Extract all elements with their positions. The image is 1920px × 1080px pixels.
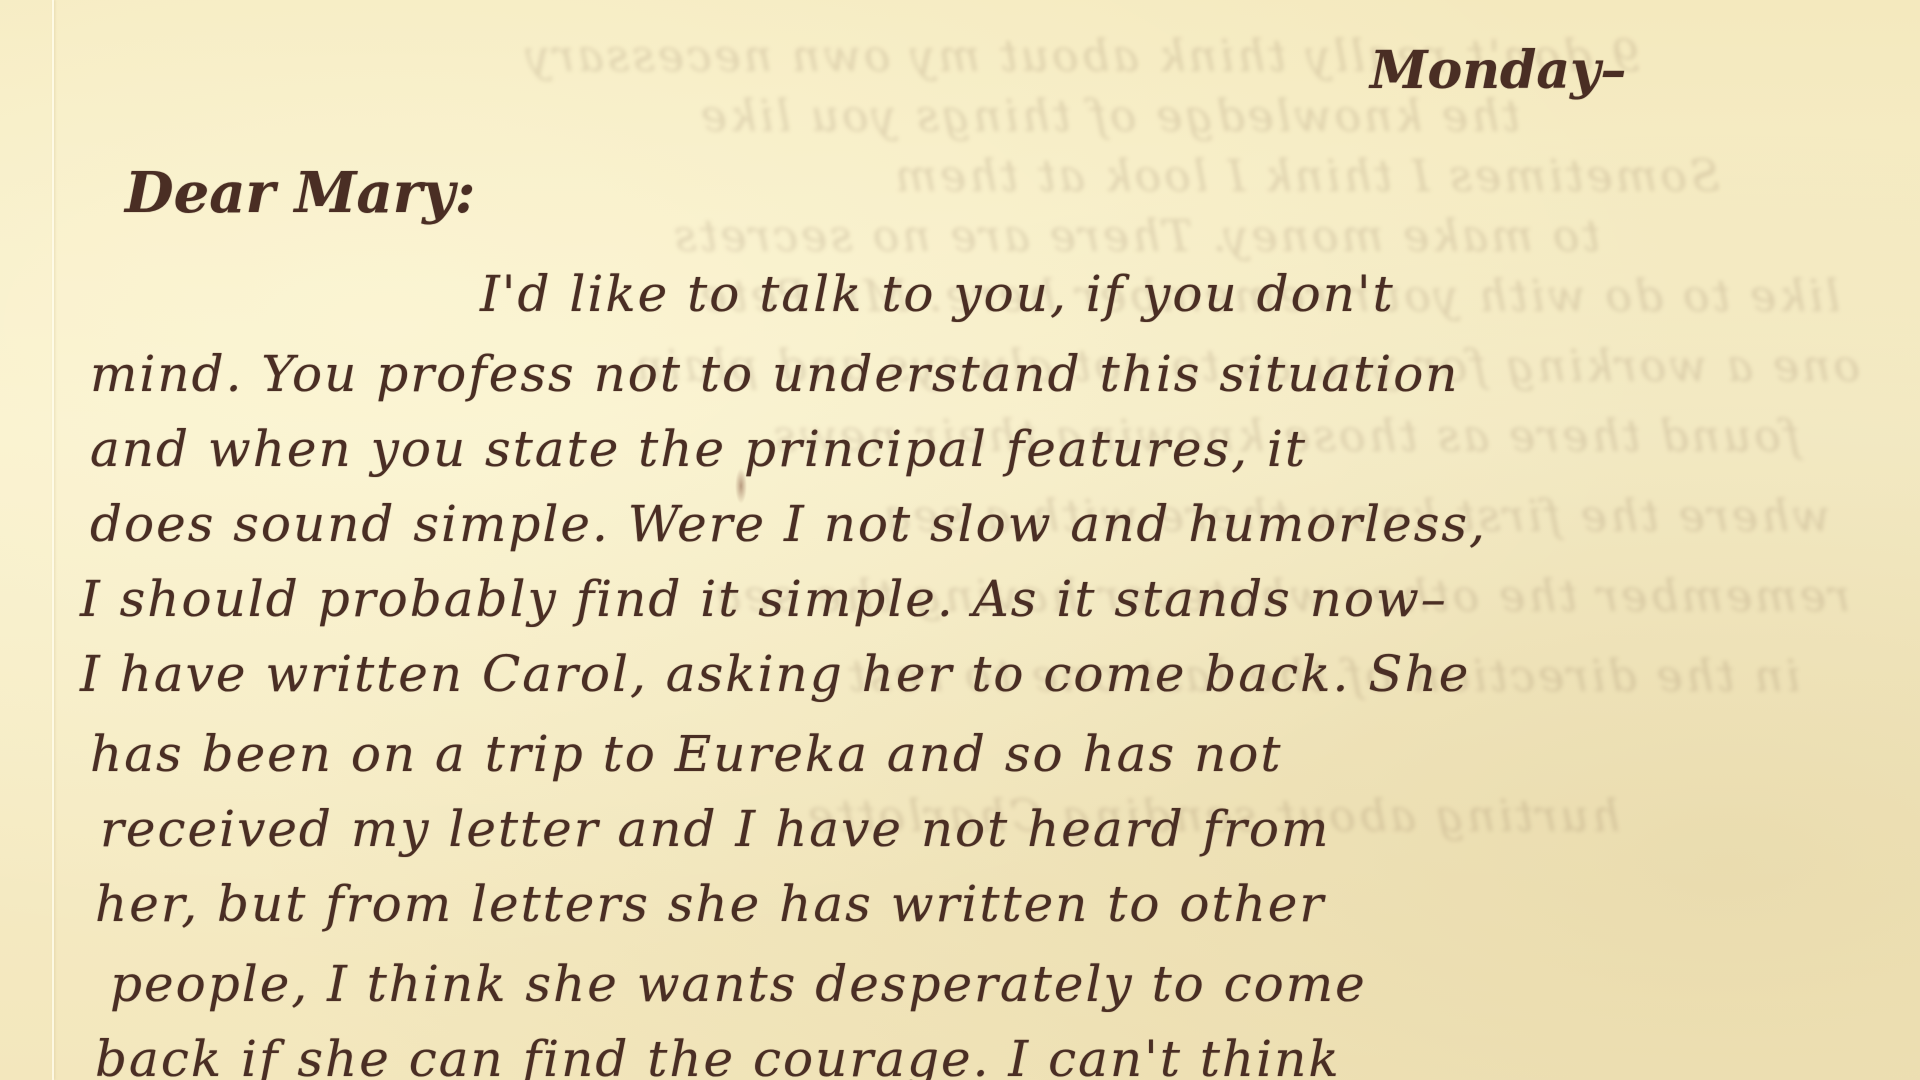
letter-line: back if she can find the courage. I can'… xyxy=(95,1030,1341,1080)
letter-line: people, I think she wants desperately to… xyxy=(110,955,1367,1013)
letter-line: her, but from letters she has written to… xyxy=(95,875,1325,933)
letter-line: I have written Carol, asking her to come… xyxy=(80,645,1470,703)
letter-line: mind. You profess not to understand this… xyxy=(90,345,1460,403)
letter-line: received my letter and I have not heard … xyxy=(100,800,1330,858)
letter-line: and when you state the principal feature… xyxy=(90,420,1307,478)
letter-salutation: Dear Mary: xyxy=(125,160,475,226)
letter-line: has been on a trip to Eureka and so has … xyxy=(90,725,1282,783)
letter-line: I should probably find it simple. As it … xyxy=(80,570,1448,628)
ink-stain xyxy=(735,468,747,504)
letter-line: does sound simple. Were I not slow and h… xyxy=(90,495,1487,553)
letter-date: Monday– xyxy=(1370,40,1626,101)
letter-line: I'd like to talk to you, if you don't xyxy=(480,265,1395,323)
letter-page: 9 don't really think about my own necess… xyxy=(0,0,1920,1080)
